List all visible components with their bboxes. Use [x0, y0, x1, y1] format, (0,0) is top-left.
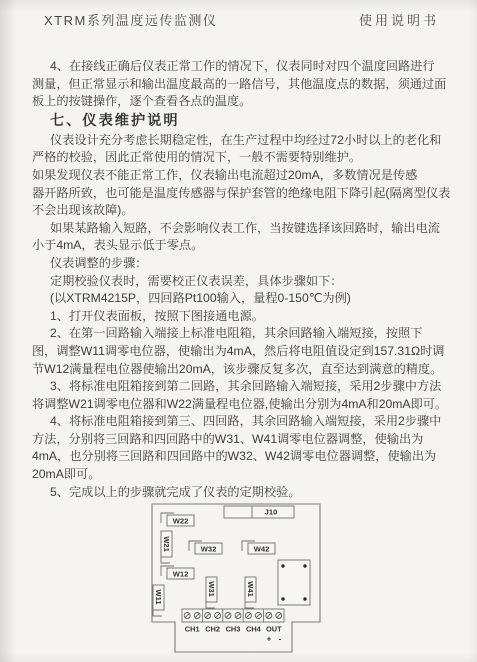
pot-w32: W32	[189, 541, 222, 554]
body-line: 4、将标准电阻箱接到第三、四回路，其余回路输入端短接，采用2步骤中	[32, 413, 453, 431]
screw-terminals	[184, 613, 282, 619]
pot-w32-label: W32	[201, 545, 217, 554]
pot-w11: W11	[153, 585, 164, 616]
page-header: XTRM系列温度远传监测仪 使用说明书	[44, 10, 439, 29]
connector-j10-label: J10	[265, 508, 278, 517]
body-line: 3、将标准电阻箱接到第二回路，其余回路输入端短接，采用2步骤中方法	[32, 378, 453, 396]
body-line: 严格的校验，因此正常使用的情况下，一般不需要特别维护。	[32, 149, 453, 167]
channel-label-ch3: CH3	[226, 625, 241, 634]
body-line: 测量，但正常显示和输出温度最高的一路信号，其他温度点的数据，须通过面	[32, 76, 453, 94]
body-line: 如果某路输入短路，不会影响仪表工作，当按键选择该回路时，输出电流	[32, 220, 453, 238]
pot-w11-label: W11	[154, 589, 163, 605]
pot-w22: W22	[161, 513, 194, 526]
body-line: 将调整W21调零电位器和W22满量程电位器,使输出分别为4mA和20mA即可。	[32, 396, 453, 414]
section-heading: 七、仪表维护说明	[32, 111, 453, 132]
pot-w12-label: W12	[173, 570, 189, 579]
channel-label-out: OUT	[266, 625, 282, 634]
document-body: 4、在接线正确后仪表正常工作的情况下，仪表同时对四个温度回路进行 测量，但正常显…	[32, 58, 453, 501]
pot-w21: W21	[161, 531, 172, 563]
body-line: 4mA，也分别将三回路和四回路中的W32、W42调零电位器调整，使输出为	[32, 448, 453, 466]
body-line: 仪表设计充分考虑长期稳定性，在生产过程中均经过72小时以上的老化和	[32, 132, 453, 150]
pot-w31: W31	[206, 577, 217, 608]
body-line: 如果发现仪表不能正常工作，仪表输出电流超过20mA，多数情况是传感	[32, 167, 453, 185]
terminal-block: CH1 CH2 CH3 CH4 OUT + -	[182, 609, 284, 644]
body-line: 板上的按键操作，逐个查看各点的温度。	[32, 93, 453, 111]
pot-w41: W41	[245, 577, 256, 608]
header-product-title: XTRM系列温度远传监测仪	[44, 10, 217, 29]
body-line: 2、在第一回路输入端接上标准电阻箱，其余回路输入端短接，按照下	[32, 325, 453, 343]
body-line: (以XTRM4215P，四回路Pt100输入，量程0-150℃为例)	[32, 290, 453, 308]
pot-w41-label: W41	[246, 581, 255, 597]
pot-w42: W42	[242, 541, 275, 554]
polarity-minus: -	[279, 635, 282, 644]
body-line: 方法，分别将三回路和四回路中的W31、W41调零电位器调整，使输出为	[32, 431, 453, 449]
channel-label-ch1: CH1	[185, 625, 200, 634]
pot-w21-label: W21	[162, 536, 171, 552]
body-line: 定期校验仪表时，需要校正仪表误差，具体步骤如下：	[32, 273, 453, 291]
body-line: 仪表调整的步骤：	[32, 255, 453, 273]
pot-w12: W12	[161, 566, 194, 579]
body-line: 不会出现该故障)。	[32, 202, 453, 220]
body-line: 20mA即可。	[32, 466, 453, 484]
pot-w22-label: W22	[173, 517, 189, 526]
body-line: 图，调整W11调零电位器，使输出为4mA，然后将电阻值设定到157.31Ω时调	[32, 343, 453, 361]
body-line: 节W12满量程电位器使输出20mA，该步骤反复多次，直至达到满意的精度。	[32, 361, 453, 379]
body-line: 1、打开仪表面板，按照下图接通电源。	[32, 308, 453, 326]
polarity-plus: +	[267, 635, 272, 644]
connector-j10: J10	[224, 506, 294, 518]
pcb-outline	[152, 504, 320, 652]
channel-label-ch2: CH2	[205, 625, 220, 634]
pot-w42-label: W42	[254, 545, 270, 554]
scanned-manual-page: XTRM系列温度远传监测仪 使用说明书 4、在接线正确后仪表正常工作的情况下，仪…	[0, 0, 477, 662]
body-line: 小于4mA，表头显示低于零点。	[32, 237, 453, 255]
body-line: 器开路所致，也可能是温度传感器与保护套管的绝缘电阻下降引起(隔离型仪表	[32, 185, 453, 203]
body-line: 5、完成以上的步骤就完成了仪表的定期校验。	[32, 484, 453, 502]
channel-label-ch4: CH4	[246, 625, 262, 634]
relay-block	[278, 560, 310, 605]
body-line: 4、在接线正确后仪表正常工作的情况下，仪表同时对四个温度回路进行	[32, 58, 453, 76]
pot-w31-label: W31	[207, 581, 216, 597]
header-doc-type: 使用说明书	[359, 10, 439, 29]
